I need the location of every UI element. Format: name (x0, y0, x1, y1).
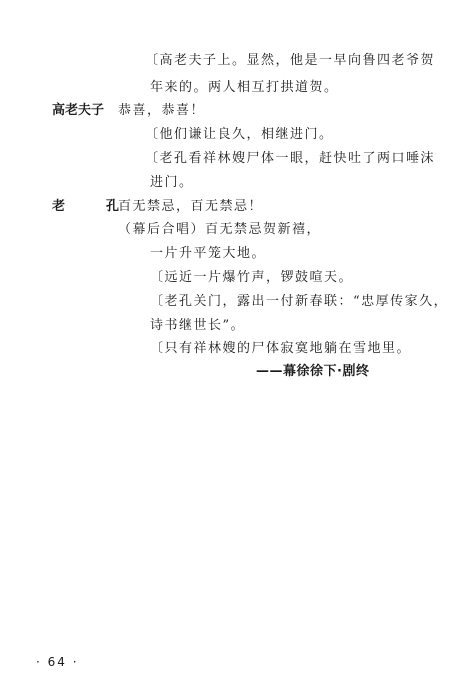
stage-direction: 〔老孔关门，露出一付新春联：“忠厚传家久， (150, 294, 448, 310)
speaker-name: 高老夫子 (52, 103, 104, 119)
song-line: 一片升平笼大地。 (150, 246, 266, 262)
dialogue-line: 恭喜，恭喜！ (118, 103, 205, 119)
stage-direction: 〔只有祥林嫂的尸体寂寞地躺在雪地里。 (150, 341, 411, 357)
stage-direction: 进门。 (150, 175, 194, 191)
stage-direction: 诗书继世长”。 (150, 318, 245, 334)
page-number: · 64 · (36, 655, 79, 669)
ending-note: ——幕徐徐下·剧终 (256, 364, 369, 380)
stage-direction: 〔远近一片爆竹声，锣鼓喧天。 (150, 270, 353, 286)
stage-direction: 年来的。两人相互打拱道贺。 (150, 80, 339, 96)
stage-direction: 〔他们谦让良久，相继进门。 (145, 127, 334, 143)
song-line: （幕后合唱）百无禁忌贺新禧， (118, 222, 321, 238)
stage-direction: 〔老孔看祥林嫂尸体一眼，赶快吐了两口唾沫 (145, 151, 435, 167)
dialogue-line: 百无禁忌，百无禁忌！ (118, 199, 263, 215)
stage-direction: 〔高老夫子上。显然，他是一早向鲁四老爷贺 (145, 53, 435, 69)
